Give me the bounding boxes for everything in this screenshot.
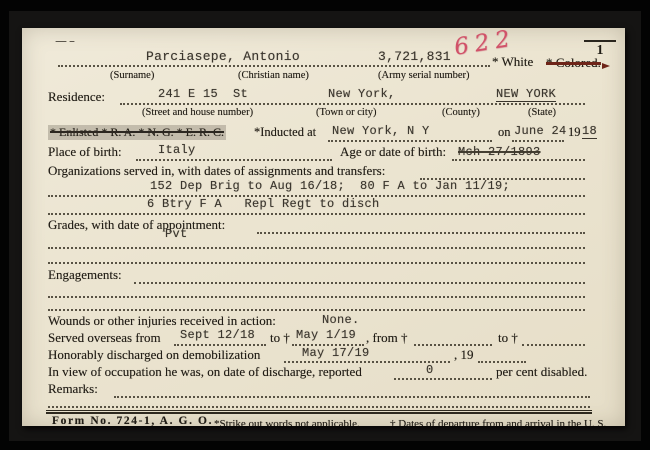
dotted-line: [328, 140, 492, 142]
dotted-line: [48, 213, 585, 215]
engagements-label: Engagements:: [48, 267, 122, 283]
grades-label: Grades, with date of appointment:: [48, 217, 225, 233]
place-of-birth-label: Place of birth:: [48, 144, 122, 160]
christian-name-label: (Christian name): [238, 70, 309, 81]
residence-street-value: 241 E 15 St: [158, 87, 248, 101]
overseas-to2-label: to †: [498, 330, 518, 346]
dotted-line: [522, 344, 585, 346]
field-serial-value: 3,721,831: [378, 49, 451, 64]
race-colored-struck: * Colored.: [546, 55, 601, 70]
induction-year-value: 18: [582, 124, 597, 139]
inducted-at-label: *Inducted at: [254, 125, 316, 140]
dotted-line: [394, 378, 492, 380]
state-label: (State): [528, 107, 556, 118]
dotted-line: [48, 309, 585, 311]
overseas-from-date: Sept 12/18: [180, 328, 255, 342]
dotted-line: [136, 159, 332, 161]
dotted-line: [48, 247, 585, 249]
discharge-date-value: May 17/19: [302, 346, 370, 360]
discharge-year-prefix: , 19: [454, 347, 474, 363]
dotted-line: [48, 406, 590, 408]
dotted-line: [257, 232, 585, 234]
induction-date-value: June 24: [514, 124, 567, 138]
organizations-label: Organizations served in, with dates of a…: [48, 163, 385, 179]
street-label: (Street and house number): [142, 107, 253, 118]
field-name-value: Parciasepe, Antonio: [146, 49, 300, 64]
dotted-line: [452, 159, 585, 161]
race-white: * White: [492, 54, 533, 70]
dotted-line: [134, 282, 585, 284]
service-record-card: —– 1 622 Parciasepe, Antonio 3,721,831 *…: [22, 28, 625, 426]
organizations-line2-value: 6 Btry F A Repl Regt to disch: [147, 197, 380, 211]
residence-label: Residence:: [48, 89, 105, 105]
inducted-place-value: New York, N Y: [332, 124, 430, 138]
place-of-birth-value: Italy: [158, 143, 196, 157]
grade-value: Pvt: [165, 227, 188, 241]
remarks-label: Remarks:: [48, 381, 98, 397]
dotted-line: [48, 296, 585, 298]
wounds-value: None.: [322, 313, 360, 327]
residence-state-value: NEW YORK: [496, 87, 556, 102]
organizations-line1-value: 152 Dep Brig to Aug 16/18; 80 F A to Jan…: [150, 179, 510, 193]
footnote-dagger: † Dates of departure from and arrival in…: [390, 418, 606, 426]
disability-percent-value: 0: [426, 363, 434, 377]
enlistment-options-struck: * Enlisted * R. A. * N. G. * E. R. C.: [48, 125, 226, 140]
pencil-mark: —–: [55, 34, 77, 48]
wounds-label: Wounds or other injuries received in act…: [48, 313, 276, 329]
footnote-strike-out: *Strike out words not applicable.: [214, 418, 360, 426]
birthdate-value: Mch 27/1893: [458, 145, 541, 159]
dotted-line: [512, 140, 564, 142]
discharge-label: Honorably discharged on demobilization: [48, 347, 260, 363]
dotted-line: [48, 262, 585, 264]
overseas-to-label: to †: [270, 330, 290, 346]
served-overseas-label: Served overseas from: [48, 330, 161, 346]
year-prefix: 19: [568, 125, 581, 140]
residence-city-value: New York,: [328, 87, 396, 101]
disability-label: In view of occupation he was, on date of…: [48, 364, 362, 380]
dotted-line: [114, 396, 590, 398]
dotted-line: [414, 344, 492, 346]
surname-label: (Surname): [110, 70, 154, 81]
town-label: (Town or city): [316, 107, 377, 118]
overseas-to-date: May 1/19: [296, 328, 356, 342]
on-label: on: [498, 125, 511, 140]
army-serial-label: (Army serial number): [378, 70, 470, 81]
microfilm-frame: —– 1 622 Parciasepe, Antonio 3,721,831 *…: [0, 0, 650, 450]
dotted-line: [58, 65, 490, 67]
dotted-line: [478, 361, 526, 363]
percent-disabled-label: per cent disabled.: [496, 364, 587, 380]
dotted-line: [174, 344, 266, 346]
double-rule: [46, 410, 592, 414]
overseas-from2-label: , from †: [366, 330, 408, 346]
form-number: Form No. 724-1, A. G. O.: [52, 415, 213, 426]
dotted-line: [120, 103, 585, 105]
age-or-birthdate-label: Age or date of birth:: [340, 144, 446, 160]
county-label: (County): [442, 107, 480, 118]
